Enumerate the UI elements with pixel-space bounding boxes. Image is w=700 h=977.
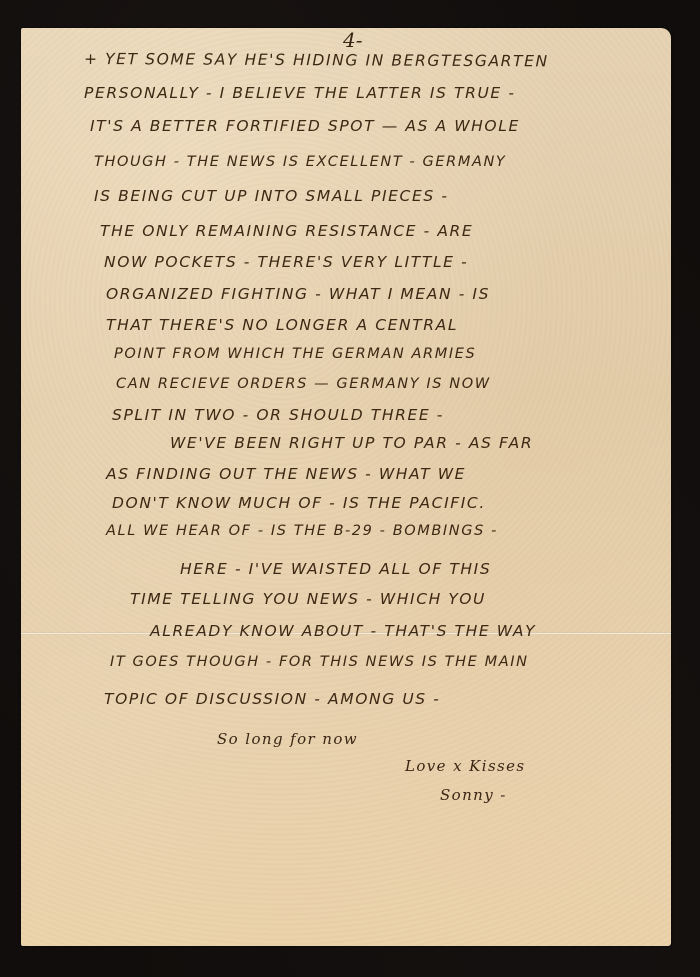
letter-line-16: All we hear of - is the B-29 - bombings … (106, 523, 498, 539)
letter-line-6: The only remaining resistance - are (100, 222, 473, 240)
letter-line-3: it's a better fortified spot — As a whol… (90, 117, 520, 135)
letter-line-12: split in two - or should three - (112, 406, 444, 424)
signature: Sonny - (440, 786, 507, 804)
letter-line-13: We've been right up to par - as far (170, 434, 533, 452)
letter-page: 4- + yet some say he's hiding in Bergtes… (21, 28, 671, 946)
letter-line-7: now pockets - there's very little - (104, 253, 468, 271)
letter-line-1: + yet some say he's hiding in Bergtesgar… (84, 50, 549, 70)
letter-line-11: can recieve orders — Germany is now (116, 376, 491, 392)
letter-line-15: don't know much of - is the Pacific. (112, 494, 486, 512)
letter-line-21: topic of discussion - among us - (104, 690, 440, 708)
closing-sign-off: Love x Kisses (405, 757, 526, 775)
page-number: 4- (343, 28, 362, 52)
letter-line-10: point from which the German armies (114, 346, 476, 362)
letter-line-5: is being cut up into small pieces - (94, 187, 449, 205)
letter-line-19: already know about - That's the way (150, 622, 536, 640)
letter-line-8: organized fighting - what I mean - is (106, 285, 490, 303)
closing-farewell: So long for now (217, 730, 358, 748)
letter-line-2: Personally - I believe the latter is tru… (84, 84, 516, 102)
letter-line-20: it goes though - for this news is the ma… (110, 654, 529, 670)
letter-line-9: that there's no longer a central (106, 316, 458, 334)
letter-line-4: though - the news is excellent - Germany (94, 154, 506, 170)
letter-line-17: Here - I've waisted all of this (180, 560, 491, 578)
letter-line-14: as finding out the news - What we (106, 465, 466, 483)
letter-line-18: time telling you news - which you (130, 590, 486, 608)
